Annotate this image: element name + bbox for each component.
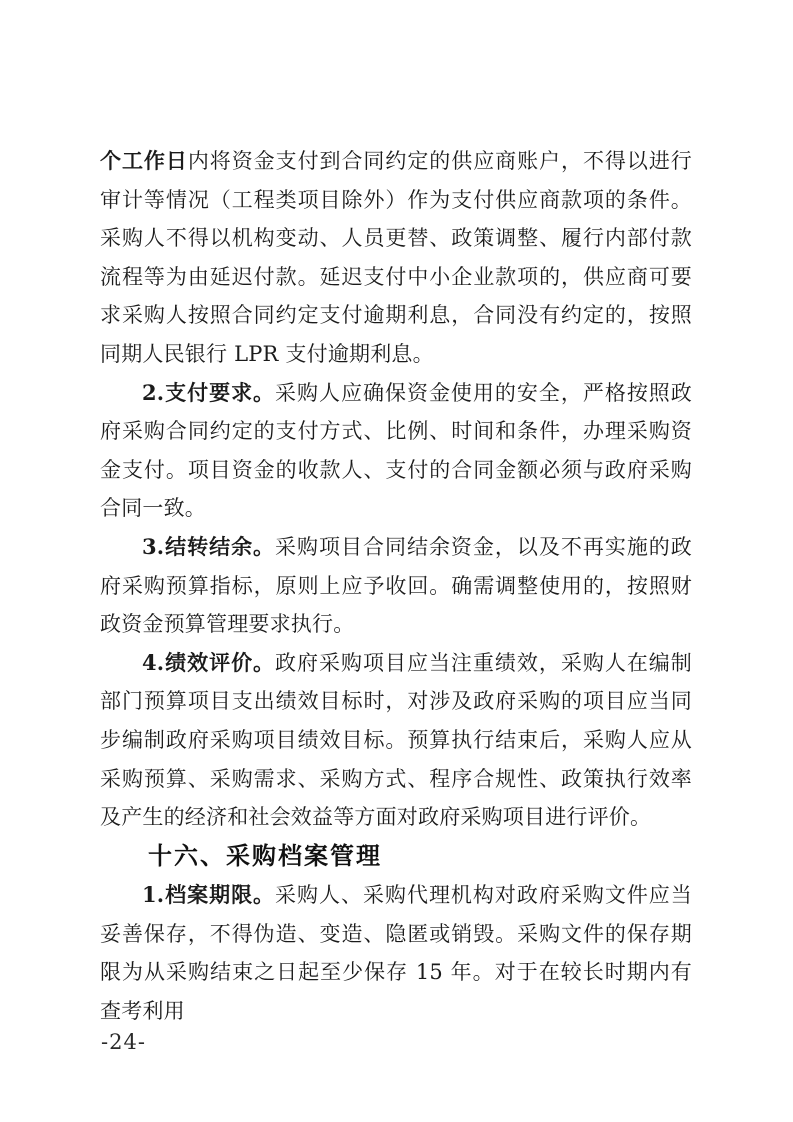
document-page: 个工作日内将资金支付到合同约定的供应商账户，不得以进行审计等情况（工程类项目除外… [0, 0, 793, 1122]
bold-run-performance-evaluation: 4.绩效评价。 [142, 650, 275, 675]
document-text-block: 个工作日内将资金支付到合同约定的供应商账户，不得以进行审计等情况（工程类项目除外… [100, 142, 692, 1031]
page-number: -24- [101, 1030, 146, 1054]
section-heading-archive-management: 十六、采购档案管理 [100, 837, 692, 877]
body-run-performance-evaluation: 政府采购项目应当注重绩效，采购人在编制部门预算项目支出绩效目标时，对涉及政府采购… [100, 651, 692, 829]
paragraph-performance-evaluation: 4.绩效评价。政府采购项目应当注重绩效，采购人在编制部门预算项目支出绩效目标时，… [100, 644, 692, 837]
bold-run-working-days: 个工作日 [100, 148, 188, 173]
paragraph-carryover-balance: 3.结转结余。采购项目合同结余资金，以及不再实施的政府采购预算指标，原则上应予收… [100, 528, 692, 644]
paragraph-archive-period: 1.档案期限。采购人、采购代理机构对政府采购文件应当妥善保存，不得伪造、变造、隐… [100, 876, 692, 1030]
bold-run-archive-period: 1.档案期限。 [142, 882, 275, 907]
bold-run-payment-requirements: 2.支付要求。 [142, 380, 275, 405]
bold-run-carryover-balance: 3.结转结余。 [142, 534, 275, 559]
body-run-payment-continuation: 内将资金支付到合同约定的供应商账户，不得以进行审计等情况（工程类项目除外）作为支… [100, 149, 692, 366]
paragraph-payment-continuation: 个工作日内将资金支付到合同约定的供应商账户，不得以进行审计等情况（工程类项目除外… [100, 142, 692, 374]
paragraph-payment-requirements: 2.支付要求。采购人应确保资金使用的安全，严格按照政府采购合同约定的支付方式、比… [100, 374, 692, 528]
